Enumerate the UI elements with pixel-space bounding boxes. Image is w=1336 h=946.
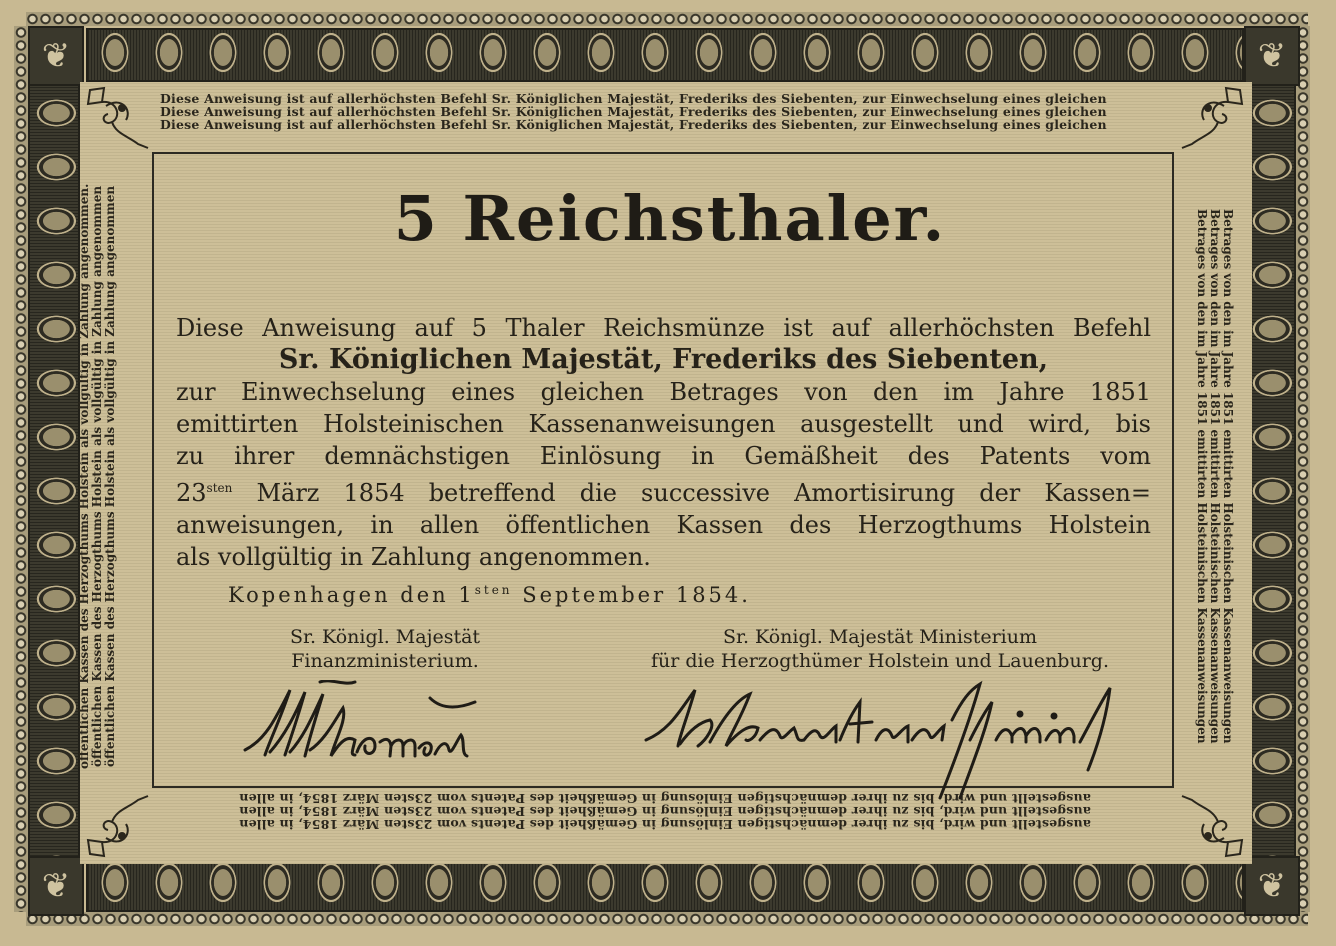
- body-text: Diese Anweisung auf 5 Thaler Reichsmünze…: [176, 312, 1151, 573]
- issue-date: Kopenhagen den 1sten September 1854.: [228, 583, 751, 607]
- body-line: zur Einwechselung eines gleichen Betrage…: [176, 376, 1151, 408]
- body-line: zu ihrer demnächstigen Einlösung in Gemä…: [176, 440, 1151, 472]
- body-line: 23sten März 1854 betreffend die successi…: [176, 472, 1151, 509]
- fine-print-line: ausgestellt und wird, bis zu ihrer demnä…: [160, 818, 1170, 831]
- bead-border-right: [1296, 26, 1310, 912]
- issue-day-suffix: sten: [475, 583, 513, 597]
- scroll-flourish-icon: [82, 792, 152, 862]
- bead-border-bottom: [26, 912, 1308, 926]
- bead-border-top: [26, 12, 1308, 26]
- ornamental-band-left: [28, 84, 80, 858]
- patent-day-suffix: sten: [207, 481, 233, 495]
- fleur-de-lis-icon: ❦: [28, 26, 84, 86]
- fine-print-line: ausgestellt und wird, bis zu ihrer demnä…: [160, 805, 1170, 818]
- fine-print-right: Betrages von den im Jahre 1851 emittirte…: [1190, 156, 1234, 796]
- patent-day: 23: [176, 479, 207, 507]
- body-line-rest: März 1854 betreffend die successive Amor…: [232, 479, 1151, 507]
- fine-print-left: öffentlichen Kassen des Herzogthums Hols…: [78, 156, 122, 796]
- fine-print-line: öffentlichen Kassen des Herzogthums Hols…: [104, 156, 117, 796]
- body-line: Diese Anweisung auf 5 Thaler Reichsmünze…: [176, 312, 1151, 344]
- body-line: als vollgültig in Zahlung angenommen.: [176, 541, 1151, 573]
- fine-print-top: Diese Anweisung ist auf allerhöchsten Be…: [160, 92, 1170, 131]
- scroll-flourish-icon: [1178, 792, 1248, 862]
- fleur-de-lis-icon: ❦: [28, 856, 84, 916]
- ornamental-band-top: [86, 28, 1244, 82]
- fine-print-line: Betrages von den im Jahre 1851 emittirte…: [1208, 156, 1221, 796]
- signature-left: [235, 680, 525, 790]
- signature-right: [640, 680, 1160, 800]
- body-line-king: Sr. Königlichen Majestät, Frederiks des …: [176, 344, 1151, 376]
- body-line: anweisungen, in allen öffentlichen Kasse…: [176, 509, 1151, 541]
- fine-print-line: Betrages von den im Jahre 1851 emittirte…: [1221, 156, 1234, 796]
- signatory-left-line: Sr. Königl. Majestät: [250, 625, 520, 649]
- bead-border-left: [14, 26, 28, 912]
- issue-date-rest: September 1854.: [513, 583, 751, 607]
- scroll-flourish-icon: [1178, 82, 1248, 152]
- signatory-right-line: für die Herzogthümer Holstein und Lauenb…: [620, 649, 1140, 673]
- fine-print-line: Betrages von den im Jahre 1851 emittirte…: [1195, 156, 1208, 796]
- signatory-right: Sr. Königl. Majestät Ministerium für die…: [620, 625, 1140, 673]
- signatory-left: Sr. Königl. Majestät Finanzministerium.: [250, 625, 520, 673]
- denomination-title: 5 Reichsthaler.: [380, 182, 960, 255]
- fleur-de-lis-icon: ❦: [1244, 26, 1300, 86]
- signatory-left-line: Finanzministerium.: [250, 649, 520, 673]
- body-line: emittirten Holsteinischen Kassenanweisun…: [176, 408, 1151, 440]
- issue-place: Kopenhagen den 1: [228, 583, 475, 607]
- scroll-flourish-icon: [82, 82, 152, 152]
- fleur-de-lis-icon: ❦: [1244, 856, 1300, 916]
- banknote: ❦ ❦ ❦ ❦: [0, 0, 1336, 946]
- signatory-right-line: Sr. Königl. Majestät Ministerium: [620, 625, 1140, 649]
- fine-print-line: Diese Anweisung ist auf allerhöchsten Be…: [160, 118, 1170, 131]
- ornamental-band-bottom: [86, 858, 1244, 912]
